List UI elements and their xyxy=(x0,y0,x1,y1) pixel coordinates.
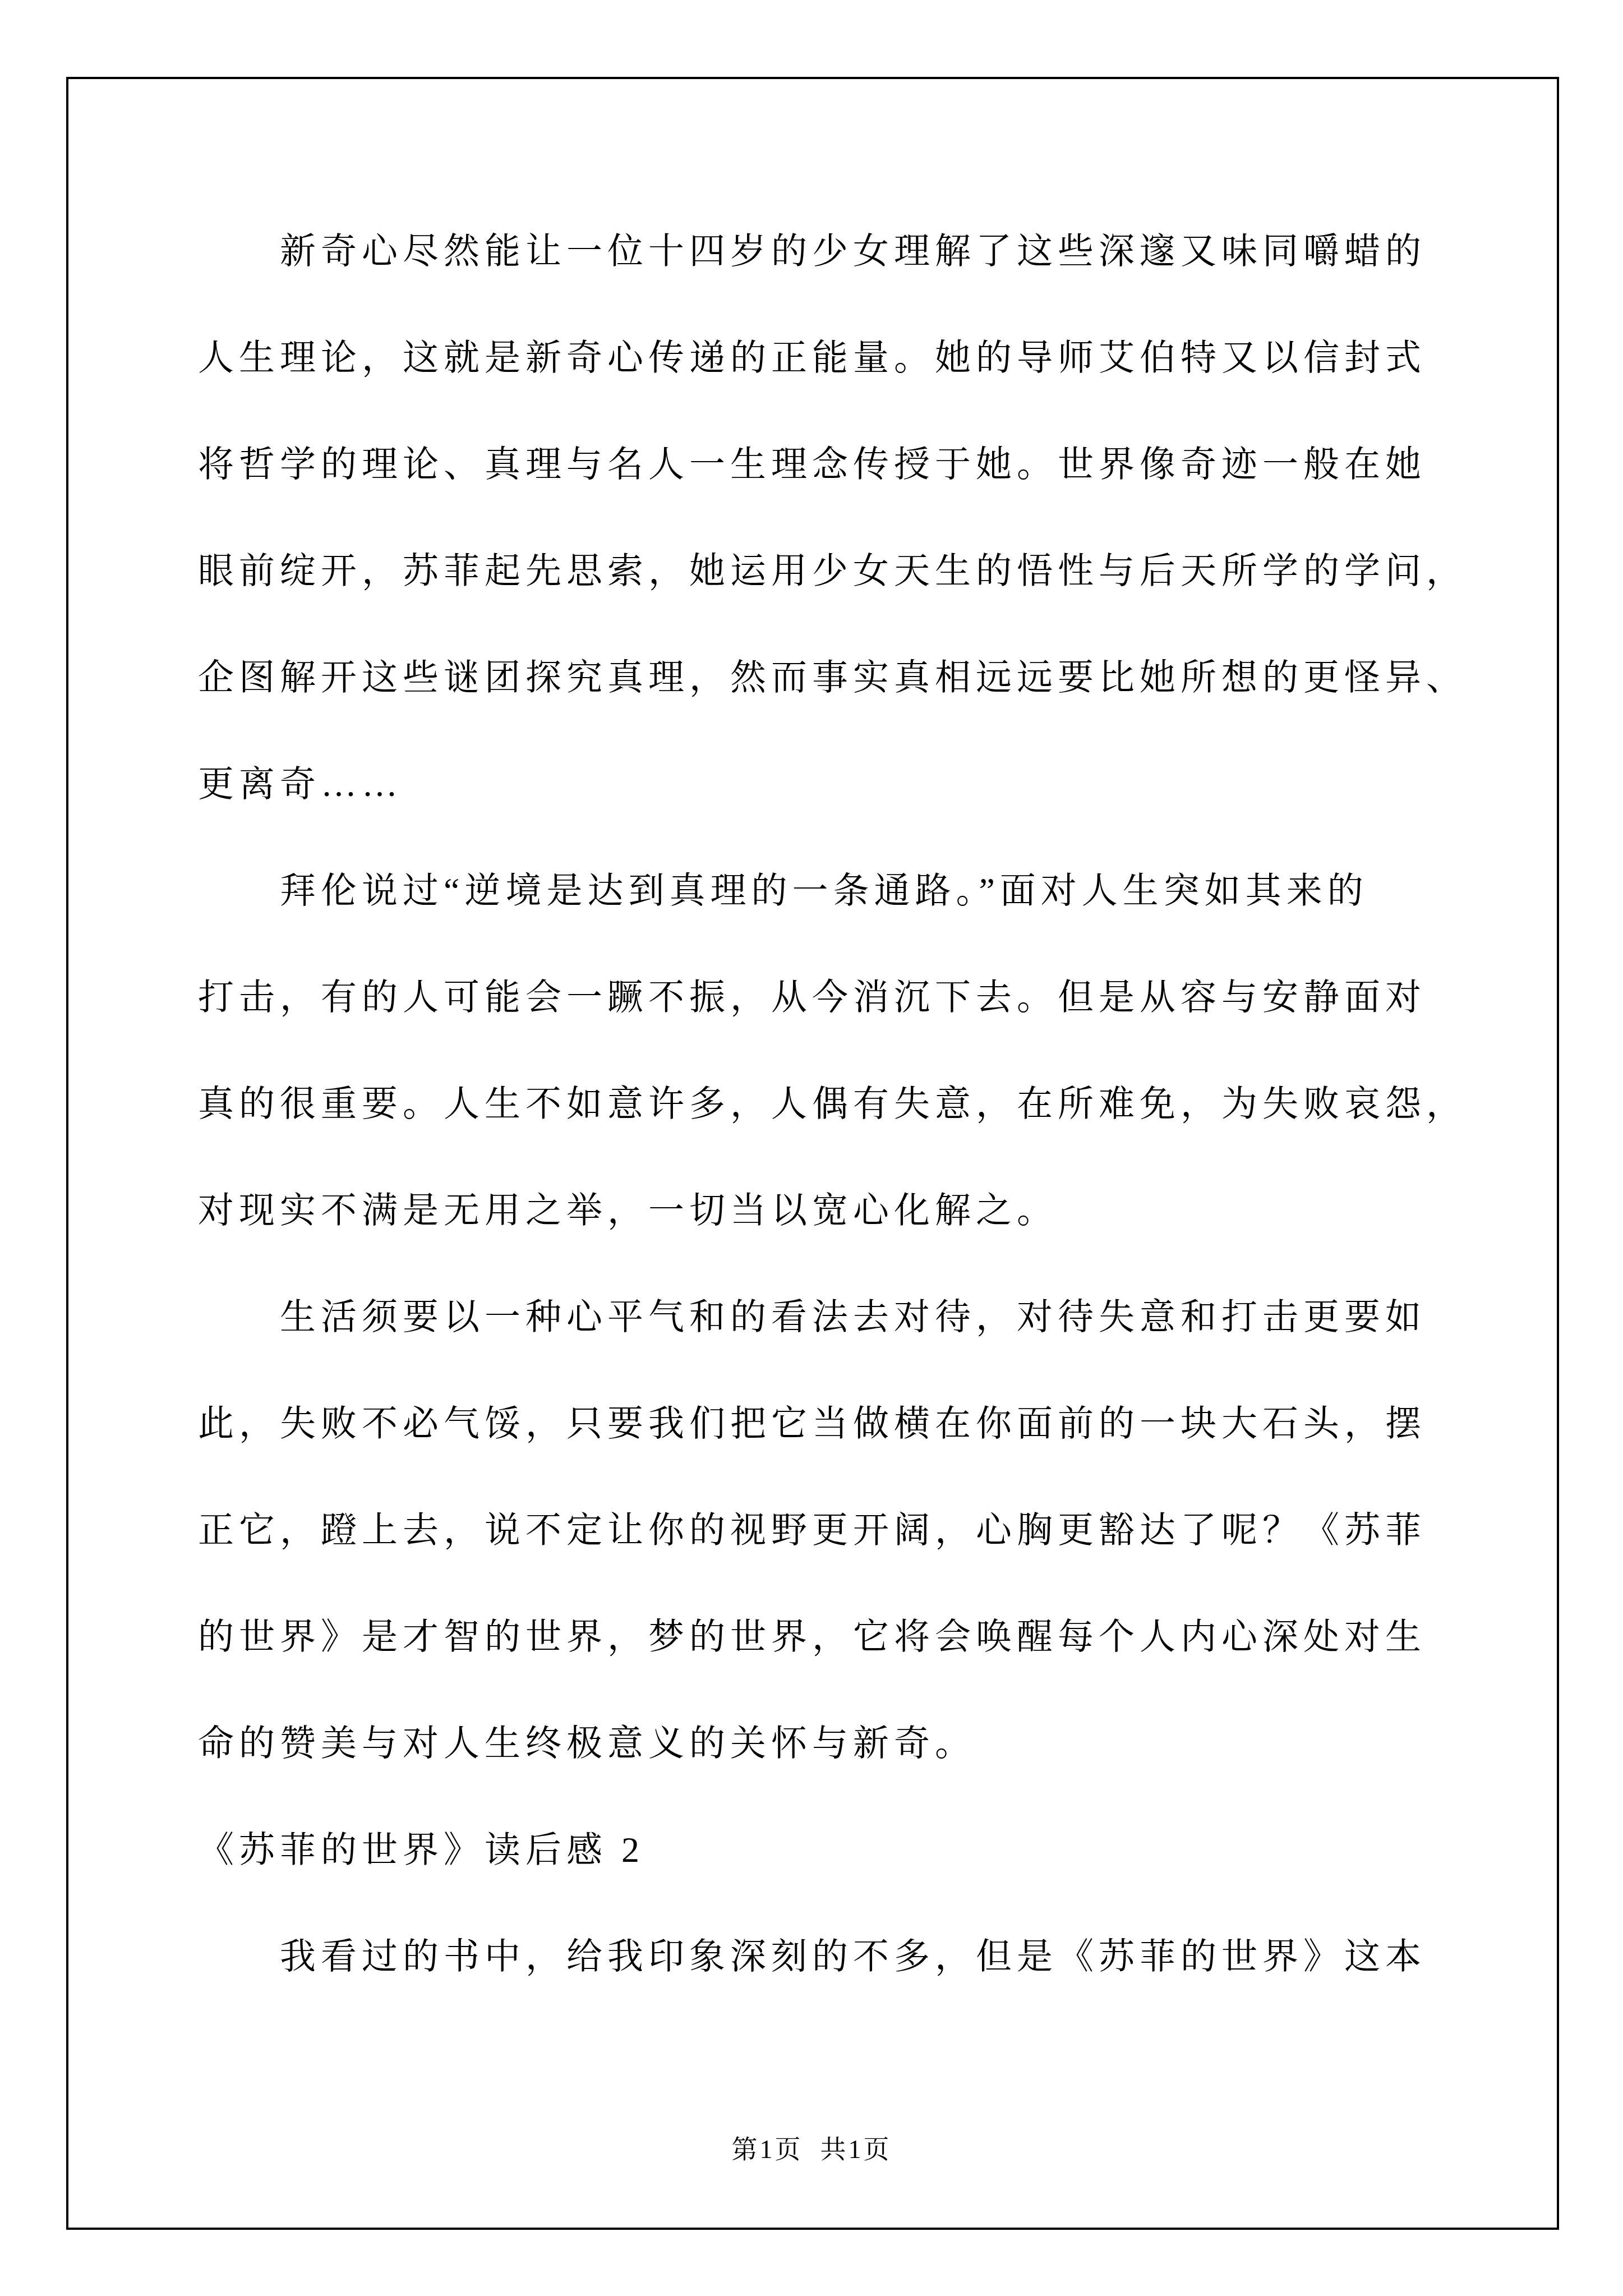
text-line: 此，失败不必气馁，只要我们把它当做横在你面前的一块大石头，摆 xyxy=(198,1402,1432,1509)
text-line: 的世界》是才智的世界，梦的世界，它将会唤醒每个人内心深处对生 xyxy=(198,1616,1432,1722)
text-line: 生活须要以一种心平气和的看法去对待，对待失意和打击更要如 xyxy=(198,1296,1432,1402)
text-line: 《苏菲的世界》读后感 2 xyxy=(198,1829,1432,1935)
text-line: 我看过的书中，给我印象深刻的不多，但是《苏菲的世界》这本 xyxy=(198,1935,1432,2042)
document-body: 新奇心尽然能让一位十四岁的少女理解了这些深邃又味同嚼蜡的人生理论，这就是新奇心传… xyxy=(198,230,1432,2042)
text-line: 新奇心尽然能让一位十四岁的少女理解了这些深邃又味同嚼蜡的 xyxy=(198,230,1432,337)
page-number: 第1页 共1页 xyxy=(732,2135,892,2164)
text-line: 正它，蹬上去，说不定让你的视野更开阔，心胸更豁达了呢？《苏菲 xyxy=(198,1509,1432,1616)
text-line: 人生理论，这就是新奇心传递的正能量。她的导师艾伯特又以信封式 xyxy=(198,337,1432,443)
text-line: 打击，有的人可能会一蹶不振，从今消沉下去。但是从容与安静面对 xyxy=(198,976,1432,1083)
text-line: 真的很重要。人生不如意许多，人偶有失意，在所难免，为失败哀怨， xyxy=(198,1083,1432,1189)
text-line: 拜伦说过“逆境是达到真理的一条通路。”面对人生突如其来的 xyxy=(198,869,1432,976)
document-page: 新奇心尽然能让一位十四岁的少女理解了这些深邃又味同嚼蜡的人生理论，这就是新奇心传… xyxy=(0,0,1623,2296)
text-line: 命的赞美与对人生终极意义的关怀与新奇。 xyxy=(198,1722,1432,1829)
text-line: 眼前绽开，苏菲起先思索，她运用少女天生的悟性与后天所学的学问， xyxy=(198,550,1432,656)
text-line: 对现实不满是无用之举，一切当以宽心化解之。 xyxy=(198,1189,1432,1296)
text-line: 将哲学的理论、真理与名人一生理念传授于她。世界像奇迹一般在她 xyxy=(198,443,1432,550)
text-line: 企图解开这些谜团探究真理，然而事实真相远远要比她所想的更怪异、 xyxy=(198,656,1432,763)
text-line: 更离奇…… xyxy=(198,763,1432,869)
page-footer: 第1页 共1页 xyxy=(0,2129,1623,2166)
